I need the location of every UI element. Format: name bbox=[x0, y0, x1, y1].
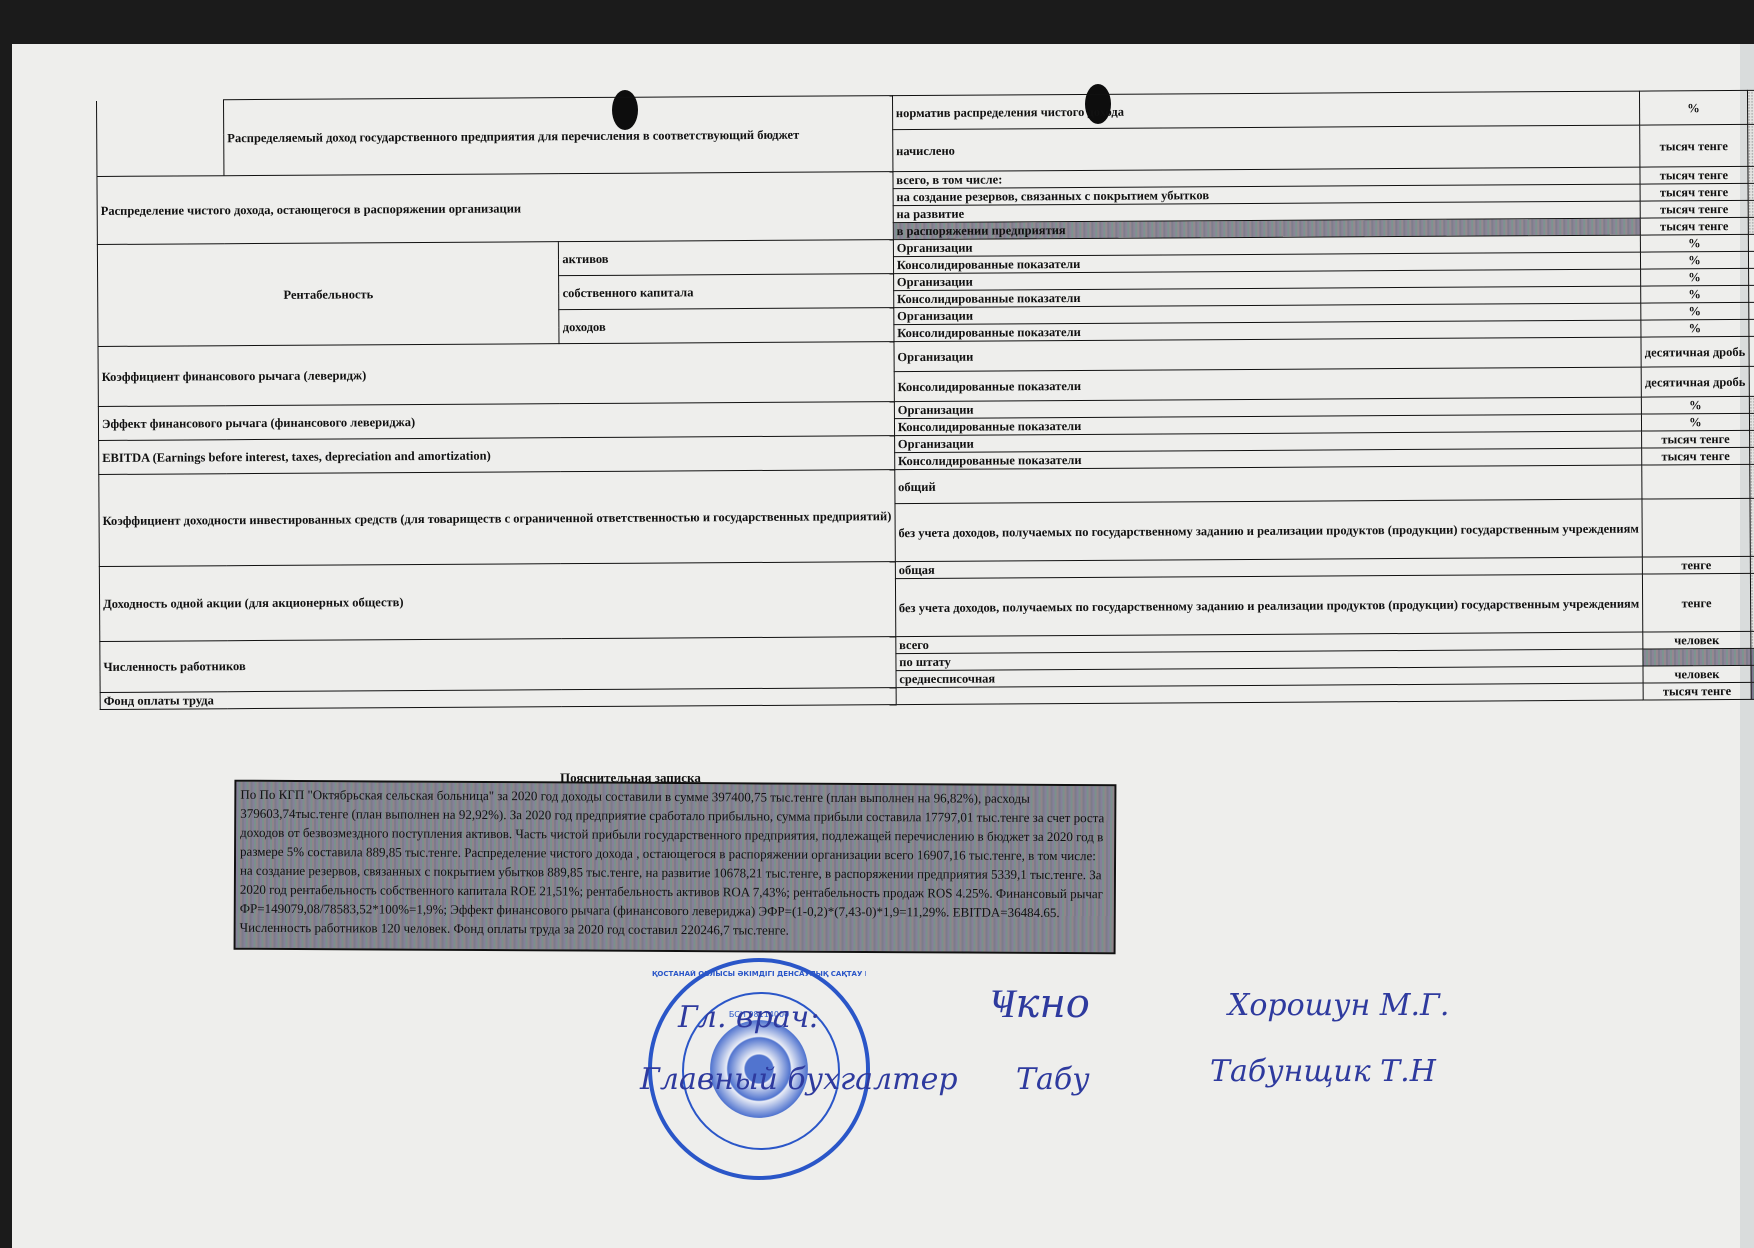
row-unit: тысяч тенге bbox=[1643, 682, 1751, 700]
row-unit: тысяч тенге bbox=[1642, 447, 1750, 465]
value-cell: 123,00 bbox=[1751, 665, 1754, 682]
row-subgroup-label: собственного капитала bbox=[559, 274, 894, 310]
value-cell: 153,75 bbox=[1751, 648, 1754, 665]
row-unit: тысяч тенге bbox=[1640, 124, 1748, 167]
row-unit: % bbox=[1642, 396, 1750, 414]
row-subgroup-label: активов bbox=[559, 240, 894, 276]
row-unit: человек bbox=[1643, 631, 1751, 649]
row-unit: десятичная дробь bbox=[1641, 366, 1749, 397]
row-unit: человек bbox=[1643, 665, 1751, 683]
value-cell: 5,00 bbox=[1747, 90, 1754, 124]
value-cell: 123,00 bbox=[1750, 631, 1754, 648]
value-cell bbox=[1749, 447, 1754, 464]
signature-role-1: Гл. врач: bbox=[678, 1000, 819, 1035]
value-cell: 1 156,20 bbox=[1748, 200, 1754, 217]
row-group-label: Распределение чистого дохода, остающегос… bbox=[97, 172, 893, 245]
explanatory-note: По По КГП "Октябрьская сельская больница… bbox=[234, 780, 1117, 955]
signature-name-1: Хорошун М.Г. bbox=[1228, 988, 1449, 1023]
value-cell bbox=[1748, 285, 1754, 302]
value-cell: 1 830,65 bbox=[1748, 166, 1754, 183]
row-unit: тысяч тенге bbox=[1642, 430, 1750, 448]
value-cell: 96,35 bbox=[1747, 124, 1754, 166]
value-cell bbox=[1749, 366, 1754, 396]
value-cell bbox=[1750, 556, 1754, 573]
row-group-label: Рентабельность bbox=[97, 242, 559, 347]
value-cell: 13 633,50 bbox=[1749, 430, 1754, 447]
row-group-label: Доходность одной акции (для акционерных … bbox=[99, 562, 895, 642]
row-group-label: Распределяемый доход государственного пр… bbox=[224, 96, 893, 176]
table-margin-cell bbox=[97, 100, 225, 177]
row-unit: % bbox=[1642, 413, 1750, 431]
value-cell: 1,53 bbox=[1748, 234, 1754, 251]
value-cell bbox=[1748, 251, 1754, 268]
row-unit: % bbox=[1641, 285, 1749, 303]
value-cell: 0,81 bbox=[1749, 336, 1754, 366]
row-group-label: Численность работников bbox=[100, 637, 896, 693]
row-unit: % bbox=[1641, 234, 1749, 252]
row-unit bbox=[1643, 648, 1751, 666]
row-unit: тысяч тенге bbox=[1640, 217, 1748, 235]
value-cell: 96,35 bbox=[1748, 183, 1754, 200]
row-label: Организации bbox=[894, 337, 1642, 372]
row-unit: тысяч тенге bbox=[1640, 200, 1748, 218]
value-cell: 0,56 bbox=[1748, 302, 1754, 319]
row-unit: тысяч тенге bbox=[1640, 166, 1748, 184]
value-cell bbox=[1749, 413, 1754, 430]
row-group-label: EBITDA (Earnings before interest, taxes,… bbox=[99, 436, 895, 475]
value-cell: 0,99 bbox=[1749, 396, 1754, 413]
signature-name-2: Табунщик Т.Н bbox=[1210, 1054, 1436, 1089]
value-cell bbox=[1749, 319, 1754, 336]
row-label: без учета доходов, получаемых по государ… bbox=[895, 499, 1643, 562]
value-cell bbox=[1750, 573, 1754, 631]
row-label: общий bbox=[895, 465, 1643, 504]
signature-mark-1: Ҹкно bbox=[988, 980, 1090, 1027]
row-unit: десятичная дробь bbox=[1641, 336, 1749, 367]
value-cell bbox=[1749, 464, 1754, 498]
signature-mark-2: Табу bbox=[1016, 1062, 1090, 1097]
stamp-text: ҚОСТАНАЙ ОБЛЫСЫ ӘКІМДІГІ ДЕНСАУЛЫҚ САҚТА… bbox=[652, 970, 866, 978]
value-cell: 2,77 bbox=[1748, 268, 1754, 285]
row-group-label: Коэффициент финансового рычага (леверидж… bbox=[98, 342, 894, 407]
row-label: без учета доходов, получаемых по государ… bbox=[895, 574, 1643, 637]
row-subgroup-label: доходов bbox=[559, 308, 894, 344]
row-unit: % bbox=[1641, 319, 1749, 337]
row-unit: % bbox=[1641, 251, 1749, 269]
value-cell bbox=[1750, 498, 1754, 556]
row-unit bbox=[1642, 498, 1750, 557]
financial-indicators-table: Распределяемый доход государственного пр… bbox=[96, 88, 1754, 710]
row-label: начислено bbox=[892, 125, 1640, 172]
row-unit bbox=[1642, 464, 1750, 499]
row-unit: % bbox=[1641, 268, 1749, 286]
row-label: Консолидированные показатели bbox=[894, 367, 1642, 402]
value-cell: 578,10 bbox=[1748, 217, 1754, 234]
row-group-label: Коэффициент доходности инвестированных с… bbox=[99, 470, 895, 567]
row-label: норматив распределения чистого дохода bbox=[892, 91, 1640, 130]
row-unit: % bbox=[1640, 90, 1748, 125]
row-unit: тенге bbox=[1643, 556, 1751, 574]
row-unit: тенге bbox=[1643, 573, 1751, 632]
signature-role-2: Главный бухгалтер bbox=[640, 1062, 958, 1097]
row-unit: тысяч тенге bbox=[1640, 183, 1748, 201]
row-unit: % bbox=[1641, 302, 1749, 320]
row-group-label: Эффект финансового рычага (финансового л… bbox=[98, 402, 894, 441]
